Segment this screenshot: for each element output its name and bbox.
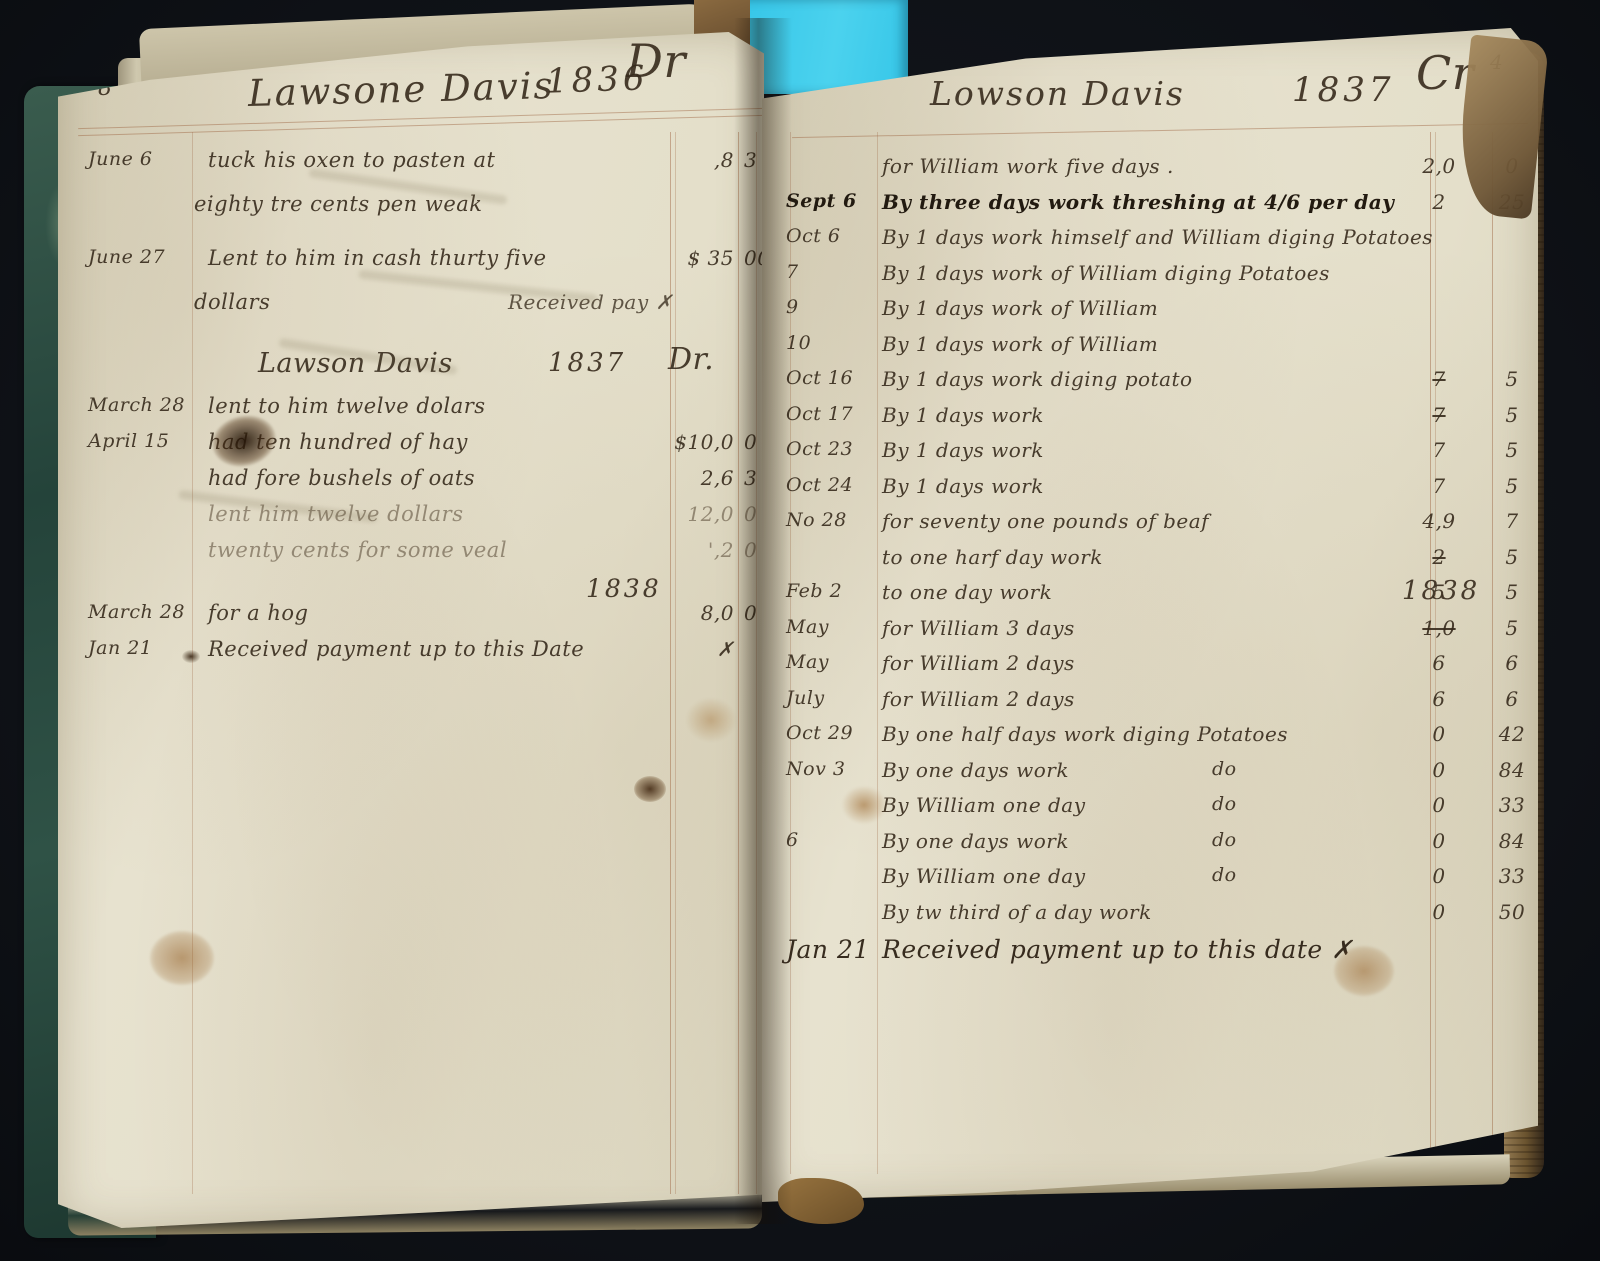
entry-text: By William one daydo xyxy=(882,864,1086,888)
entry-text-line2: dollars xyxy=(194,290,270,314)
entry-amount-dollars: 4,9 xyxy=(1410,509,1468,533)
entry-text: for William work five days . xyxy=(882,154,1174,178)
ledger-book-photo: 8 Lawsone Davis 1836 Dr June 6tuck his o… xyxy=(0,0,1600,1261)
entry-text: By one days workdo xyxy=(882,758,1069,782)
ditto-mark: do xyxy=(1212,793,1237,815)
ledger-row: March 28for a hog8,00 xyxy=(58,601,764,637)
ledger-row: Mayfor William 3 days1,05 xyxy=(762,616,1538,652)
entry-date: May xyxy=(786,651,876,673)
entry-text: to one harf day work xyxy=(882,545,1103,569)
entry-text: had ten hundred of hay xyxy=(208,430,468,454)
entry-text: By one half days work diging Potatoes xyxy=(882,722,1288,746)
entry-amount-dollars: 7 xyxy=(1410,403,1468,427)
entry-text: for a hog xyxy=(208,601,308,625)
ledger-row: Sept 6By three days work threshing at 4/… xyxy=(762,190,1538,226)
entry-date: Oct 6 xyxy=(786,225,876,247)
entry-amount-cents: 5 xyxy=(1482,403,1542,427)
ledger-row: for William work five days .2,00 xyxy=(762,154,1538,190)
ledger-row: Jan 21Received payment up to this Date✗ xyxy=(58,637,764,673)
entry-amount-dollars: 2 xyxy=(1410,190,1468,214)
ledger-row: 10By 1 days work of William xyxy=(762,332,1538,368)
debit-label: Dr xyxy=(626,34,686,88)
entry-amount-cents: 7 xyxy=(1482,509,1542,533)
ledger-row: By tw third of a day work050 xyxy=(762,900,1538,936)
entry-date: Oct 17 xyxy=(786,403,876,425)
entry-amount-dollars: $ 35 xyxy=(618,246,734,270)
entry-date: Oct 29 xyxy=(786,722,876,744)
entry-text: By 1 days work xyxy=(882,403,1044,427)
entry-text-line2: eighty tre cents pen weak xyxy=(194,192,483,216)
entry-amount-cents: 84 xyxy=(1482,829,1542,853)
entry-amount-cents: 6 xyxy=(1482,651,1542,675)
left-page: 8 Lawsone Davis 1836 Dr June 6tuck his o… xyxy=(58,32,764,1228)
entry-text: Received payment up to this Date xyxy=(208,637,584,661)
ledger-row: By William one daydo033 xyxy=(762,793,1538,829)
ledger-row: Nov 3By one days workdo084 xyxy=(762,758,1538,794)
entry-text: Received payment up to this date ✗ xyxy=(882,935,1353,964)
ledger-row: twenty cents for some veal',20 xyxy=(58,538,764,574)
ledger-year: 1837 xyxy=(1292,70,1395,110)
ledger-row: to one harf day work25 xyxy=(762,545,1538,581)
entry-date: Oct 16 xyxy=(786,367,876,389)
account-subheading: Lawson Davis1837Dr. xyxy=(58,348,764,394)
ledger-row: Oct 24By 1 days work75 xyxy=(762,474,1538,510)
entry-date: 6 xyxy=(786,829,876,851)
entry-text: Lent to him in cash thurty fivedollarsRe… xyxy=(208,246,547,270)
entry-amount-dollars: ✗ xyxy=(618,637,734,661)
entry-text: tuck his oxen to pasten ateighty tre cen… xyxy=(208,148,495,172)
ledger-row: June 6tuck his oxen to pasten ateighty t… xyxy=(58,148,764,246)
entry-amount-dollars: 5 xyxy=(1410,580,1468,604)
entry-date: Jan 21 xyxy=(88,637,203,659)
ledger-row: By William one daydo033 xyxy=(762,864,1538,900)
entry-text: By 1 days work xyxy=(882,474,1044,498)
entry-text: By William one daydo xyxy=(882,793,1086,817)
ditto-mark: do xyxy=(1212,758,1237,780)
entry-date: June 6 xyxy=(88,148,203,170)
entry-amount-cents: 50 xyxy=(1482,900,1542,924)
entry-amount-dollars: 6 xyxy=(1410,651,1468,675)
entry-text: lent him twelve dollars xyxy=(208,502,464,526)
entry-text: By 1 days work of William xyxy=(882,332,1158,356)
entry-date: Jan 21 xyxy=(786,935,876,964)
entry-text: twenty cents for some veal xyxy=(208,538,507,562)
entry-amount-cents: 5 xyxy=(1482,616,1542,640)
entry-text: to one day work1838 xyxy=(882,580,1052,604)
entry-amount-cents: 6 xyxy=(1482,687,1542,711)
ditto-mark: do xyxy=(1212,864,1237,886)
entry-amount-cents: 5 xyxy=(1482,367,1542,391)
entry-amount-cents: 42 xyxy=(1482,722,1542,746)
entry-date: June 27 xyxy=(88,246,203,268)
entry-text: By tw third of a day work xyxy=(882,900,1152,924)
ledger-row: had fore bushels of oats2,63 xyxy=(58,466,764,502)
ledger-row: Oct 16By 1 days work diging potato75 xyxy=(762,367,1538,403)
ledger-row: 6By one days workdo084 xyxy=(762,829,1538,865)
entry-amount-dollars: $10,0 xyxy=(618,430,734,454)
ledger-row: No 28for seventy one pounds of beaf4,97 xyxy=(762,509,1538,545)
ledger-row: June 27Lent to him in cash thurty fivedo… xyxy=(58,246,764,344)
entry-date: Sept 6 xyxy=(786,190,876,212)
entry-amount-dollars: 0 xyxy=(1410,829,1468,853)
entry-amount-dollars: 0 xyxy=(1410,758,1468,782)
entry-amount-dollars: ',2 xyxy=(618,538,734,562)
entry-amount-cents: 5 xyxy=(1482,474,1542,498)
ledger-row: March 28lent to him twelve dolars xyxy=(58,394,764,430)
ledger-row: April 15had ten hundred of hay$10,00 xyxy=(58,430,764,466)
entry-amount-cents: 5 xyxy=(1482,438,1542,462)
ledger-row: Feb 2to one day work183855 xyxy=(762,580,1538,616)
ditto-mark: do xyxy=(1212,829,1237,851)
entry-amount-dollars: 0 xyxy=(1410,864,1468,888)
entry-date: Feb 2 xyxy=(786,580,876,602)
received-pay-note: Received pay ✗ xyxy=(508,290,673,314)
entry-date: No 28 xyxy=(786,509,876,531)
ledger-row: lent him twelve dollars12,00 xyxy=(58,502,764,538)
entry-amount-dollars: 2,6 xyxy=(618,466,734,490)
entry-amount-cents: 33 xyxy=(1482,864,1542,888)
left-page-entries: June 6tuck his oxen to pasten ateighty t… xyxy=(58,144,764,673)
entry-amount-dollars: 6 xyxy=(1410,687,1468,711)
entry-amount-dollars: 12,0 xyxy=(618,502,734,526)
entry-amount-cents: 84 xyxy=(1482,758,1542,782)
ledger-year: 1837 xyxy=(548,348,626,378)
ledger-row: Oct 29By one half days work diging Potat… xyxy=(762,722,1538,758)
entry-amount-dollars: 2,0 xyxy=(1410,154,1468,178)
entry-amount-cents: 5 xyxy=(1482,545,1542,569)
entry-amount-dollars: 1,0 xyxy=(1410,616,1468,640)
entry-text: By three days work threshing at 4/6 per … xyxy=(882,190,1394,214)
entry-text: By 1 days work diging potato xyxy=(882,367,1193,391)
entry-amount-cents: 33 xyxy=(1482,793,1542,817)
year-marker: 1838 xyxy=(58,574,764,601)
entry-text: By 1 days work xyxy=(882,438,1044,462)
entry-date: 9 xyxy=(786,296,876,318)
entry-date: 10 xyxy=(786,332,876,354)
year-label: 1838 xyxy=(586,574,662,603)
entry-amount-cents: 5 xyxy=(1482,580,1542,604)
entry-date: 7 xyxy=(786,261,876,283)
ledger-row: Oct 6By 1 days work himself and William … xyxy=(762,225,1538,261)
entry-amount-dollars: 7 xyxy=(1410,474,1468,498)
right-page: Lowson Davis 1837 Cr 4 for William work … xyxy=(762,28,1538,1202)
ledger-row: Oct 17By 1 days work75 xyxy=(762,403,1538,439)
entry-text: had fore bushels of oats xyxy=(208,466,475,490)
entry-amount-dollars: ,8 xyxy=(618,148,734,172)
right-page-entries: for William work five days .2,00Sept 6By… xyxy=(762,146,1538,971)
entry-amount-dollars: 0 xyxy=(1410,722,1468,746)
entry-date: Nov 3 xyxy=(786,758,876,780)
ledger-row: Mayfor William 2 days66 xyxy=(762,651,1538,687)
entry-text: By 1 days work himself and William digin… xyxy=(882,225,1433,249)
entry-text: for seventy one pounds of beaf xyxy=(882,509,1209,533)
ledger-row: Julyfor William 2 days66 xyxy=(762,687,1538,723)
ledger-row: 7By 1 days work of William diging Potato… xyxy=(762,261,1538,297)
entry-date: March 28 xyxy=(88,394,203,416)
entry-text: for William 3 days xyxy=(882,616,1075,640)
entry-text: By one days workdo xyxy=(882,829,1069,853)
entry-text: for William 2 days xyxy=(882,651,1075,675)
account-name: Lawson Davis xyxy=(258,348,453,379)
entry-date: Oct 24 xyxy=(786,474,876,496)
entry-amount-dollars: 7 xyxy=(1410,367,1468,391)
entry-date: Oct 23 xyxy=(786,438,876,460)
entry-text: lent to him twelve dolars xyxy=(208,394,486,418)
entry-amount-dollars: 7 xyxy=(1410,438,1468,462)
header-rule xyxy=(792,123,1528,138)
entry-amount-dollars: 0 xyxy=(1410,793,1468,817)
ledger-row: Oct 23By 1 days work75 xyxy=(762,438,1538,474)
ledger-row: 9By 1 days work of William xyxy=(762,296,1538,332)
account-name: Lowson Davis xyxy=(930,74,1185,113)
entry-amount-dollars: 8,0 xyxy=(618,601,734,625)
bookmark-tab xyxy=(742,0,908,94)
entry-amount-dollars: 2 xyxy=(1410,545,1468,569)
entry-text: By 1 days work of William xyxy=(882,296,1158,320)
entry-amount-dollars: 0 xyxy=(1410,900,1468,924)
debit-label: Dr. xyxy=(668,342,714,377)
entry-date: April 15 xyxy=(88,430,203,452)
entry-date: July xyxy=(786,687,876,709)
entry-date: May xyxy=(786,616,876,638)
ledger-row: Jan 21Received payment up to this date ✗ xyxy=(762,935,1538,971)
entry-text: for William 2 days xyxy=(882,687,1075,711)
entry-text: By 1 days work of William diging Potatoe… xyxy=(882,261,1330,285)
entry-date: March 28 xyxy=(88,601,203,623)
account-name: Lawsone Davis xyxy=(247,64,555,115)
